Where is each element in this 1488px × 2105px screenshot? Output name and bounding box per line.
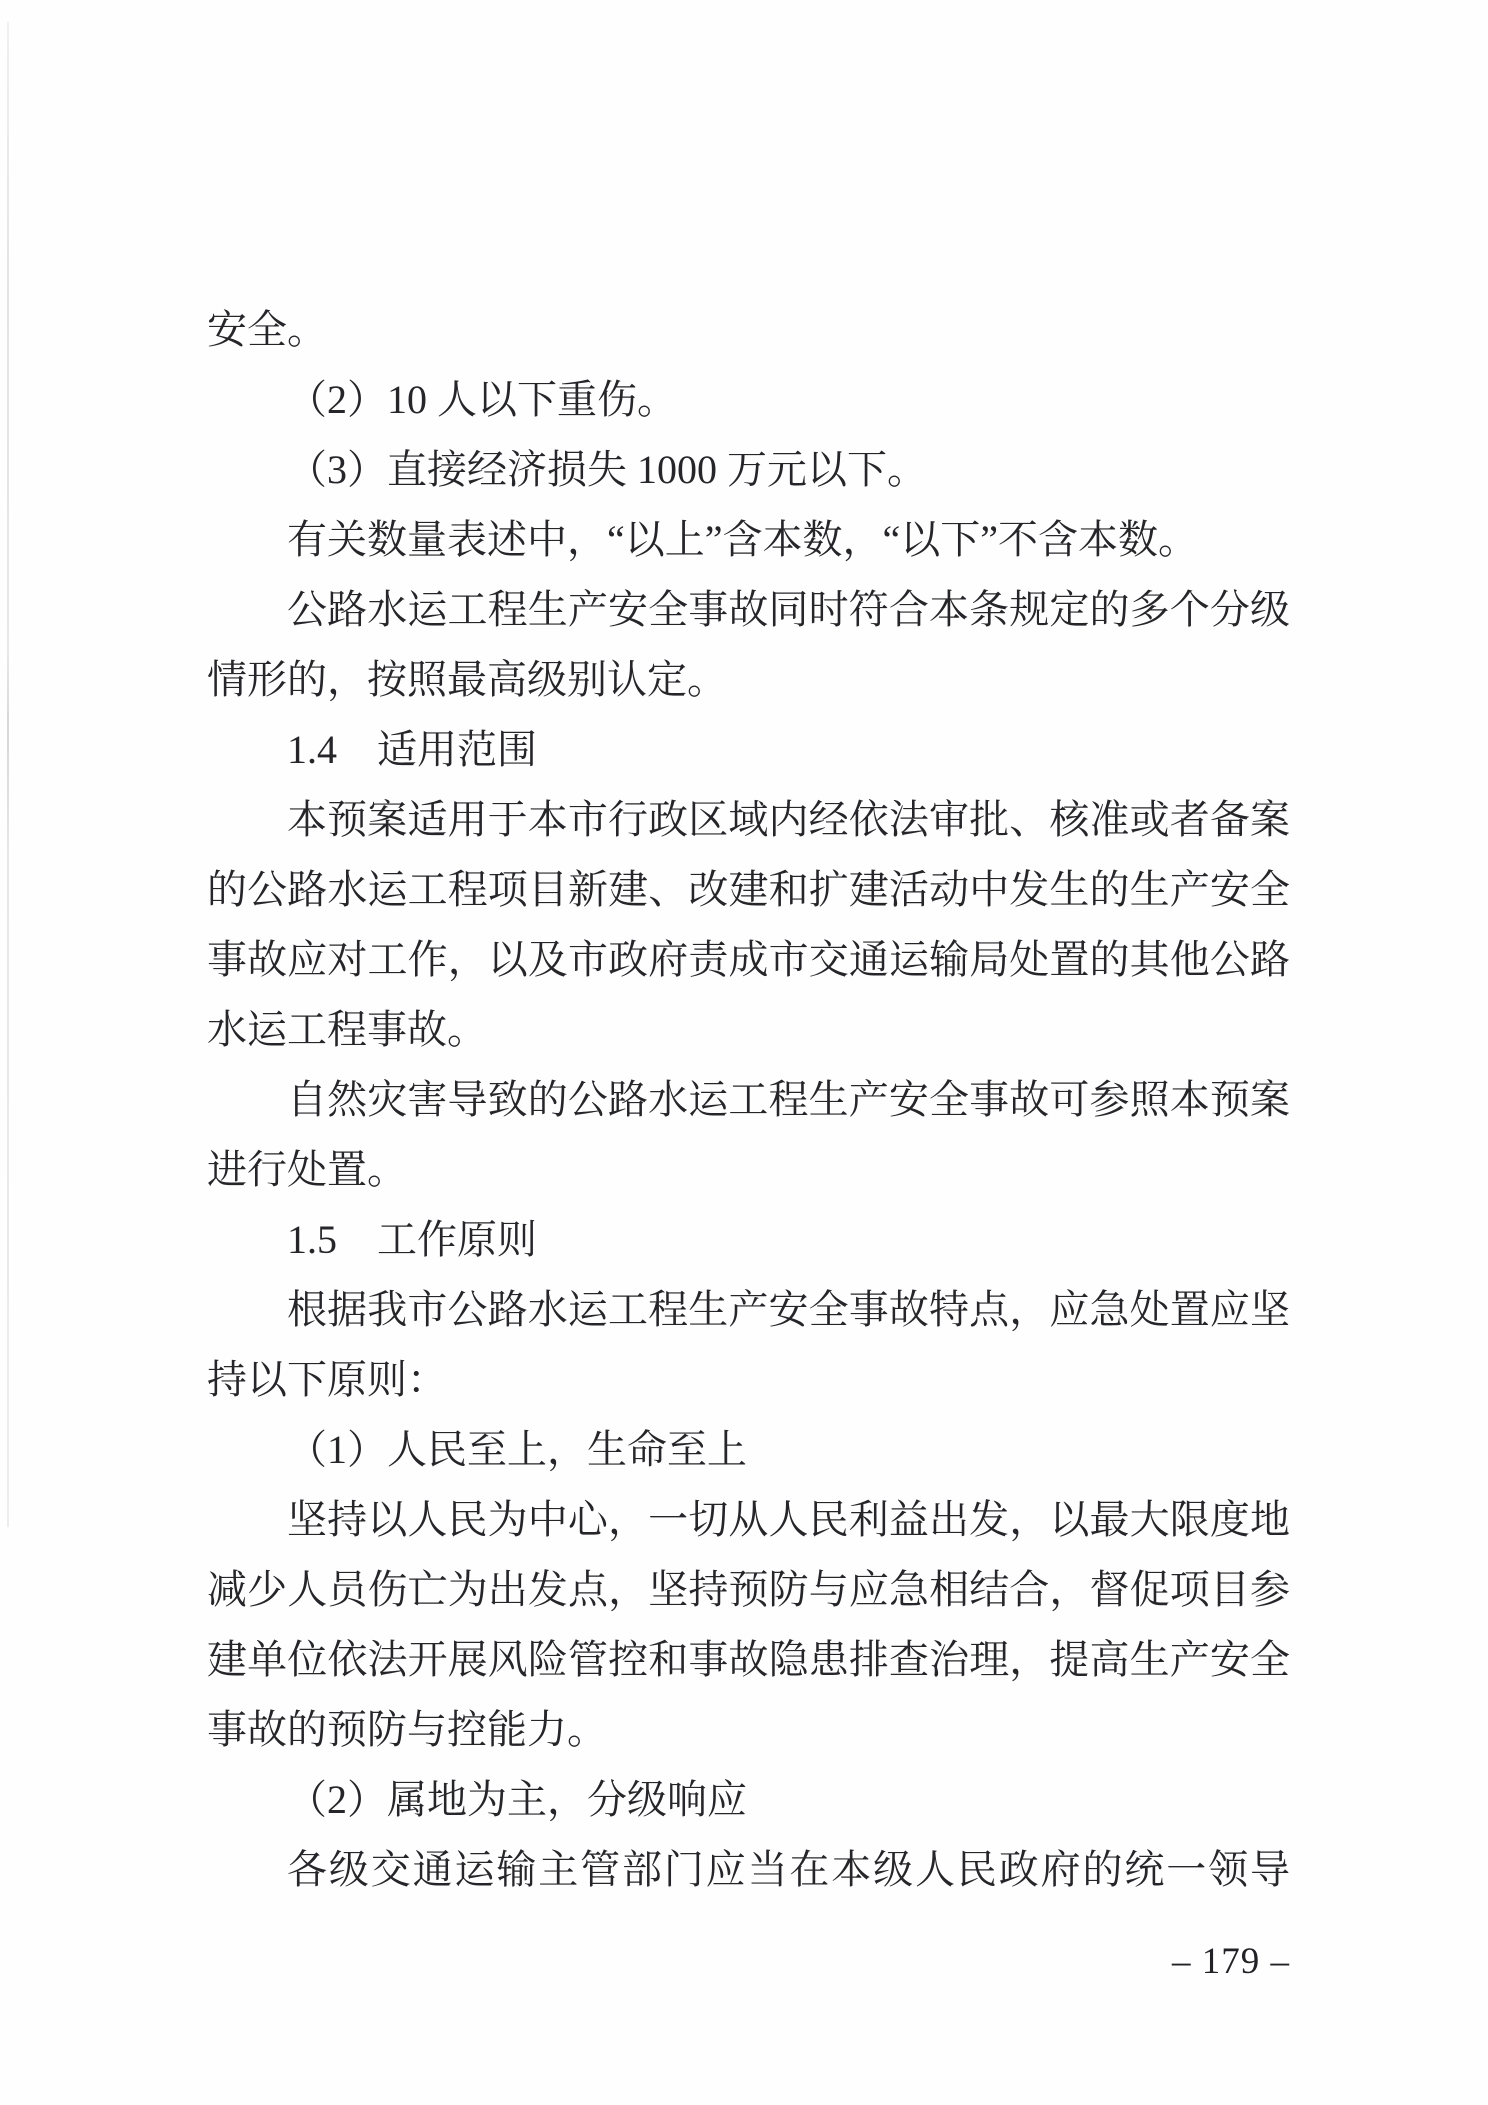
body-text: 安全。（2）10 人以下重伤。（3）直接经济损失 1000 万元以下。有关数量表… — [207, 295, 1290, 1905]
text-line: 坚持以人民为中心，一切从人民利益出发，以最大限度地 — [207, 1485, 1290, 1555]
text-line: 水运工程事故。 — [207, 995, 1290, 1065]
text-line: 持以下原则： — [207, 1345, 1290, 1415]
section-heading: 1.5 工作原则 — [207, 1205, 1290, 1275]
text-line: 有关数量表述中，“以上”含本数，“以下”不含本数。 — [207, 505, 1290, 575]
text-line: （3）直接经济损失 1000 万元以下。 — [207, 435, 1290, 505]
text-line: （1）人民至上，生命至上 — [207, 1415, 1290, 1485]
text-line: 各级交通运输主管部门应当在本级人民政府的统一领导 — [207, 1835, 1290, 1905]
scan-edge-artifact — [7, 22, 9, 1527]
text-line: （2）10 人以下重伤。 — [207, 365, 1290, 435]
text-line: 建单位依法开展风险管控和事故隐患排查治理，提高生产安全 — [207, 1625, 1290, 1695]
text-line: 公路水运工程生产安全事故同时符合本条规定的多个分级 — [207, 575, 1290, 645]
text-line: 自然灾害导致的公路水运工程生产安全事故可参照本预案 — [207, 1065, 1290, 1135]
text-line: 根据我市公路水运工程生产安全事故特点，应急处置应坚 — [207, 1275, 1290, 1345]
text-line: 安全。 — [207, 295, 1290, 365]
page-number: – 179 – — [207, 1942, 1290, 1982]
text-line: （2）属地为主，分级响应 — [207, 1765, 1290, 1835]
text-line: 进行处置。 — [207, 1135, 1290, 1205]
section-heading: 1.4 适用范围 — [207, 715, 1290, 785]
text-line: 的公路水运工程项目新建、改建和扩建活动中发生的生产安全 — [207, 855, 1290, 925]
text-line: 情形的，按照最高级别认定。 — [207, 645, 1290, 715]
document-page: 安全。（2）10 人以下重伤。（3）直接经济损失 1000 万元以下。有关数量表… — [0, 0, 1488, 2105]
text-line: 事故的预防与控能力。 — [207, 1695, 1290, 1765]
text-line: 减少人员伤亡为出发点，坚持预防与应急相结合，督促项目参 — [207, 1555, 1290, 1625]
text-line: 本预案适用于本市行政区域内经依法审批、核准或者备案 — [207, 785, 1290, 855]
text-line: 事故应对工作，以及市政府责成市交通运输局处置的其他公路 — [207, 925, 1290, 995]
